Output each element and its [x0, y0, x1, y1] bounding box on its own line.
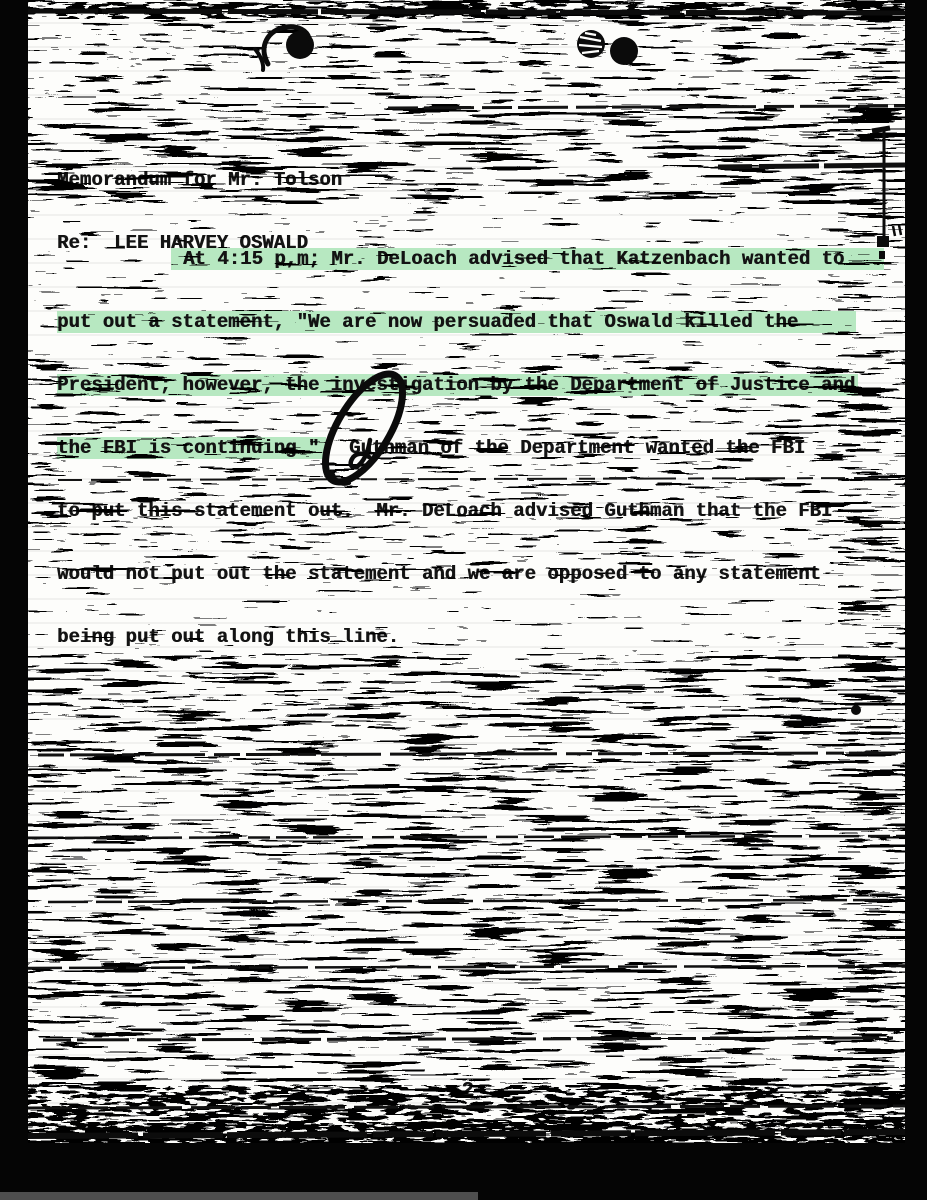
memo-line: At 4:15 p,m; Mr. DeLoach advised that Ka… [57, 249, 884, 270]
memo-line: President; however, the investigation by… [57, 375, 884, 396]
memo-line: being put out along this line. [57, 627, 884, 648]
memo-line: the FBI is continuing." Guthman of the D… [57, 438, 884, 459]
scanned-memo-page: Memorandum for Mr. Tolson Re: LEE HARVEY… [0, 0, 927, 1200]
page-number: - 2 - [428, 1080, 511, 1103]
memo-line: to put this statement out. Mr. DeLoach a… [57, 501, 884, 522]
highlighted-text: put out a statement, "We are now persuad… [57, 311, 856, 333]
scan-edge-strip [0, 1192, 478, 1200]
memo-text-segment: to put this statement out. Mr. DeLoach a… [57, 500, 832, 522]
memo-paragraph: At 4:15 p,m; Mr. DeLoach advised that Ka… [57, 207, 884, 690]
memo-text-segment: Guthman of the Department wanted the FBI [326, 437, 805, 459]
highlighted-text: At 4:15 p,m; Mr. DeLoach advised that Ka… [171, 248, 884, 270]
memo-text-segment: being put out along this line. [57, 626, 399, 648]
memo-line: put out a statement, "We are now persuad… [57, 312, 884, 333]
memo-line: would not put out the statement and we a… [57, 564, 884, 585]
memo-text-segment: would not put out the statement and we a… [57, 563, 821, 585]
highlighted-text: the FBI is continuing." [57, 437, 326, 459]
indent [57, 248, 171, 270]
highlighted-text: President; however, the investigation by… [57, 374, 858, 396]
memo-header-line1: Memorandum for Mr. Tolson [57, 170, 342, 191]
